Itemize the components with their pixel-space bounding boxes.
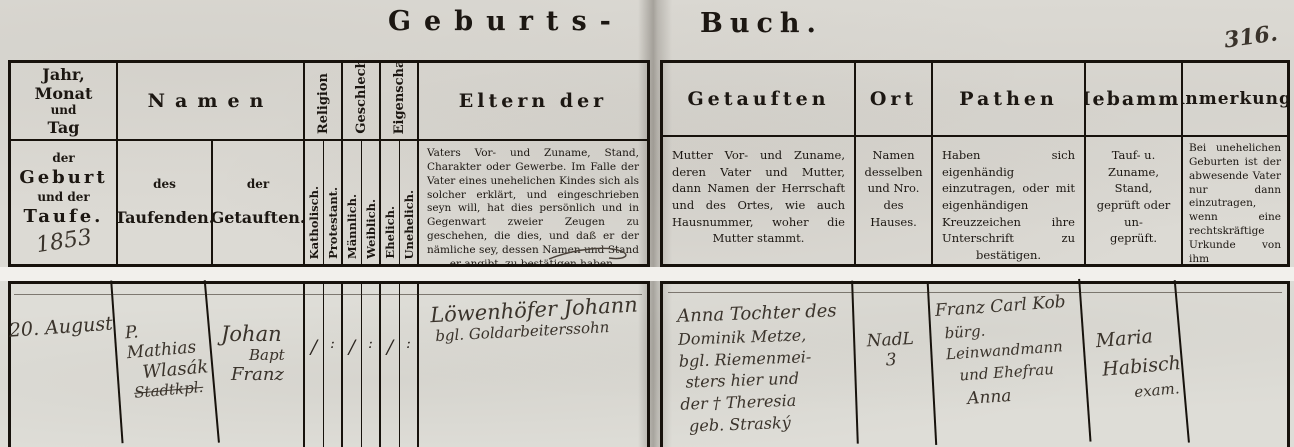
record-taufender: P. Mathias Wlasák Stadtkpl. [111,280,220,447]
record-vater: Löwenhöfer Johann bgl. Goldarbeiterssohn [415,278,651,447]
getauften-instructions: Mutter Vor- und Zuname, deren Vater und … [663,137,856,264]
hebamme-instructions: Tauf- u. Zuname, Stand, geprüft oder un-… [1086,137,1183,264]
col-header-anmerkung: Anmerkung. [1183,63,1287,137]
mark-protestant: : [324,284,343,447]
col-header-ort: Ort [856,63,933,137]
rule-line-right [668,292,1282,293]
mark-ehelich: / [381,284,400,447]
jahr-line3: Tag [48,118,80,137]
pen-flourish [547,246,637,262]
record-pathen: Franz Carl Kob bürg. Leinwandmann und Eh… [928,279,1092,447]
col-header-namen: Namen [118,63,305,141]
left-record-table: 20. August P. Mathias Wlasák Stadtkpl. J… [8,281,650,447]
ort-instructions: Namen desselben und Nro. des Hauses. [856,137,933,264]
right-header-table: Getauften Ort Pathen Hebamme Anmerkung. … [660,60,1290,267]
col-header-jahr-monat-tag: Jahr, Monat und Tag [11,63,118,141]
col-header-pathen: Pathen [933,63,1086,137]
subheader-geburt-taufe: der Geburt und der Taufe. 1853 [11,141,118,264]
jahr-line1: Jahr, Monat [11,65,116,103]
subcol-ehelich: Ehelich. [381,141,400,264]
col-header-hebamme: Hebamme [1086,63,1183,137]
record-ort-haus: NadL 3 [852,282,937,447]
left-header-table: Jahr, Monat und Tag Namen Religion Gesch… [8,60,650,267]
col-header-eltern: Eltern der [419,63,647,141]
subcol-weiblich: Weiblich. [362,141,381,264]
pathen-instructions: Haben sich eigenhändig einzutragen, oder… [933,137,1086,264]
mark-weiblich: : [362,284,381,447]
subcol-protestant: Protestant. [324,141,343,264]
subheader-taufenden: des Taufenden. [118,141,213,264]
rule-line-left [14,294,642,295]
book-title-right: Buch. [700,8,823,39]
subcol-maennlich: Männlich. [343,141,362,264]
mark-katholisch: / [305,284,324,447]
anmerkung-instructions: Bei unehelichen Geburten ist der abwesen… [1183,137,1287,264]
register-spread: Geburts- Buch. 316. Jahr, Monat und Tag … [0,0,1294,447]
record-birth-date: 20. August [5,280,123,447]
record-anmerkung-empty [1183,284,1287,447]
record-getaufter-name: Johan Bapt Franz [213,284,305,447]
record-hebamme: Maria Habisch exam. [1079,280,1190,447]
col-header-getauften-mutter: Getauften [663,63,856,137]
subcol-katholisch: Katholisch. [305,141,324,264]
col-header-geschlecht: Geschlecht [343,63,381,141]
col-header-religion: Religion [305,63,343,141]
mark-maennlich: / [343,284,362,447]
year-handwritten: 1853 [34,225,93,258]
book-title-left: Geburts- [388,6,624,37]
col-header-eigenschaft: Eigenschaft [381,63,419,141]
jahr-line2: und [51,103,77,118]
record-mutter: Anna Tochter des Dominik Metze, bgl. Rie… [660,281,859,447]
eltern-instructions: Vaters Vor- und Zuname, Stand, Charakter… [419,141,647,264]
subcol-unehelich: Unehelich. [400,141,419,264]
subheader-getauften: der Getauften. [213,141,305,264]
right-record-table: Anna Tochter des Dominik Metze, bgl. Rie… [660,281,1290,447]
